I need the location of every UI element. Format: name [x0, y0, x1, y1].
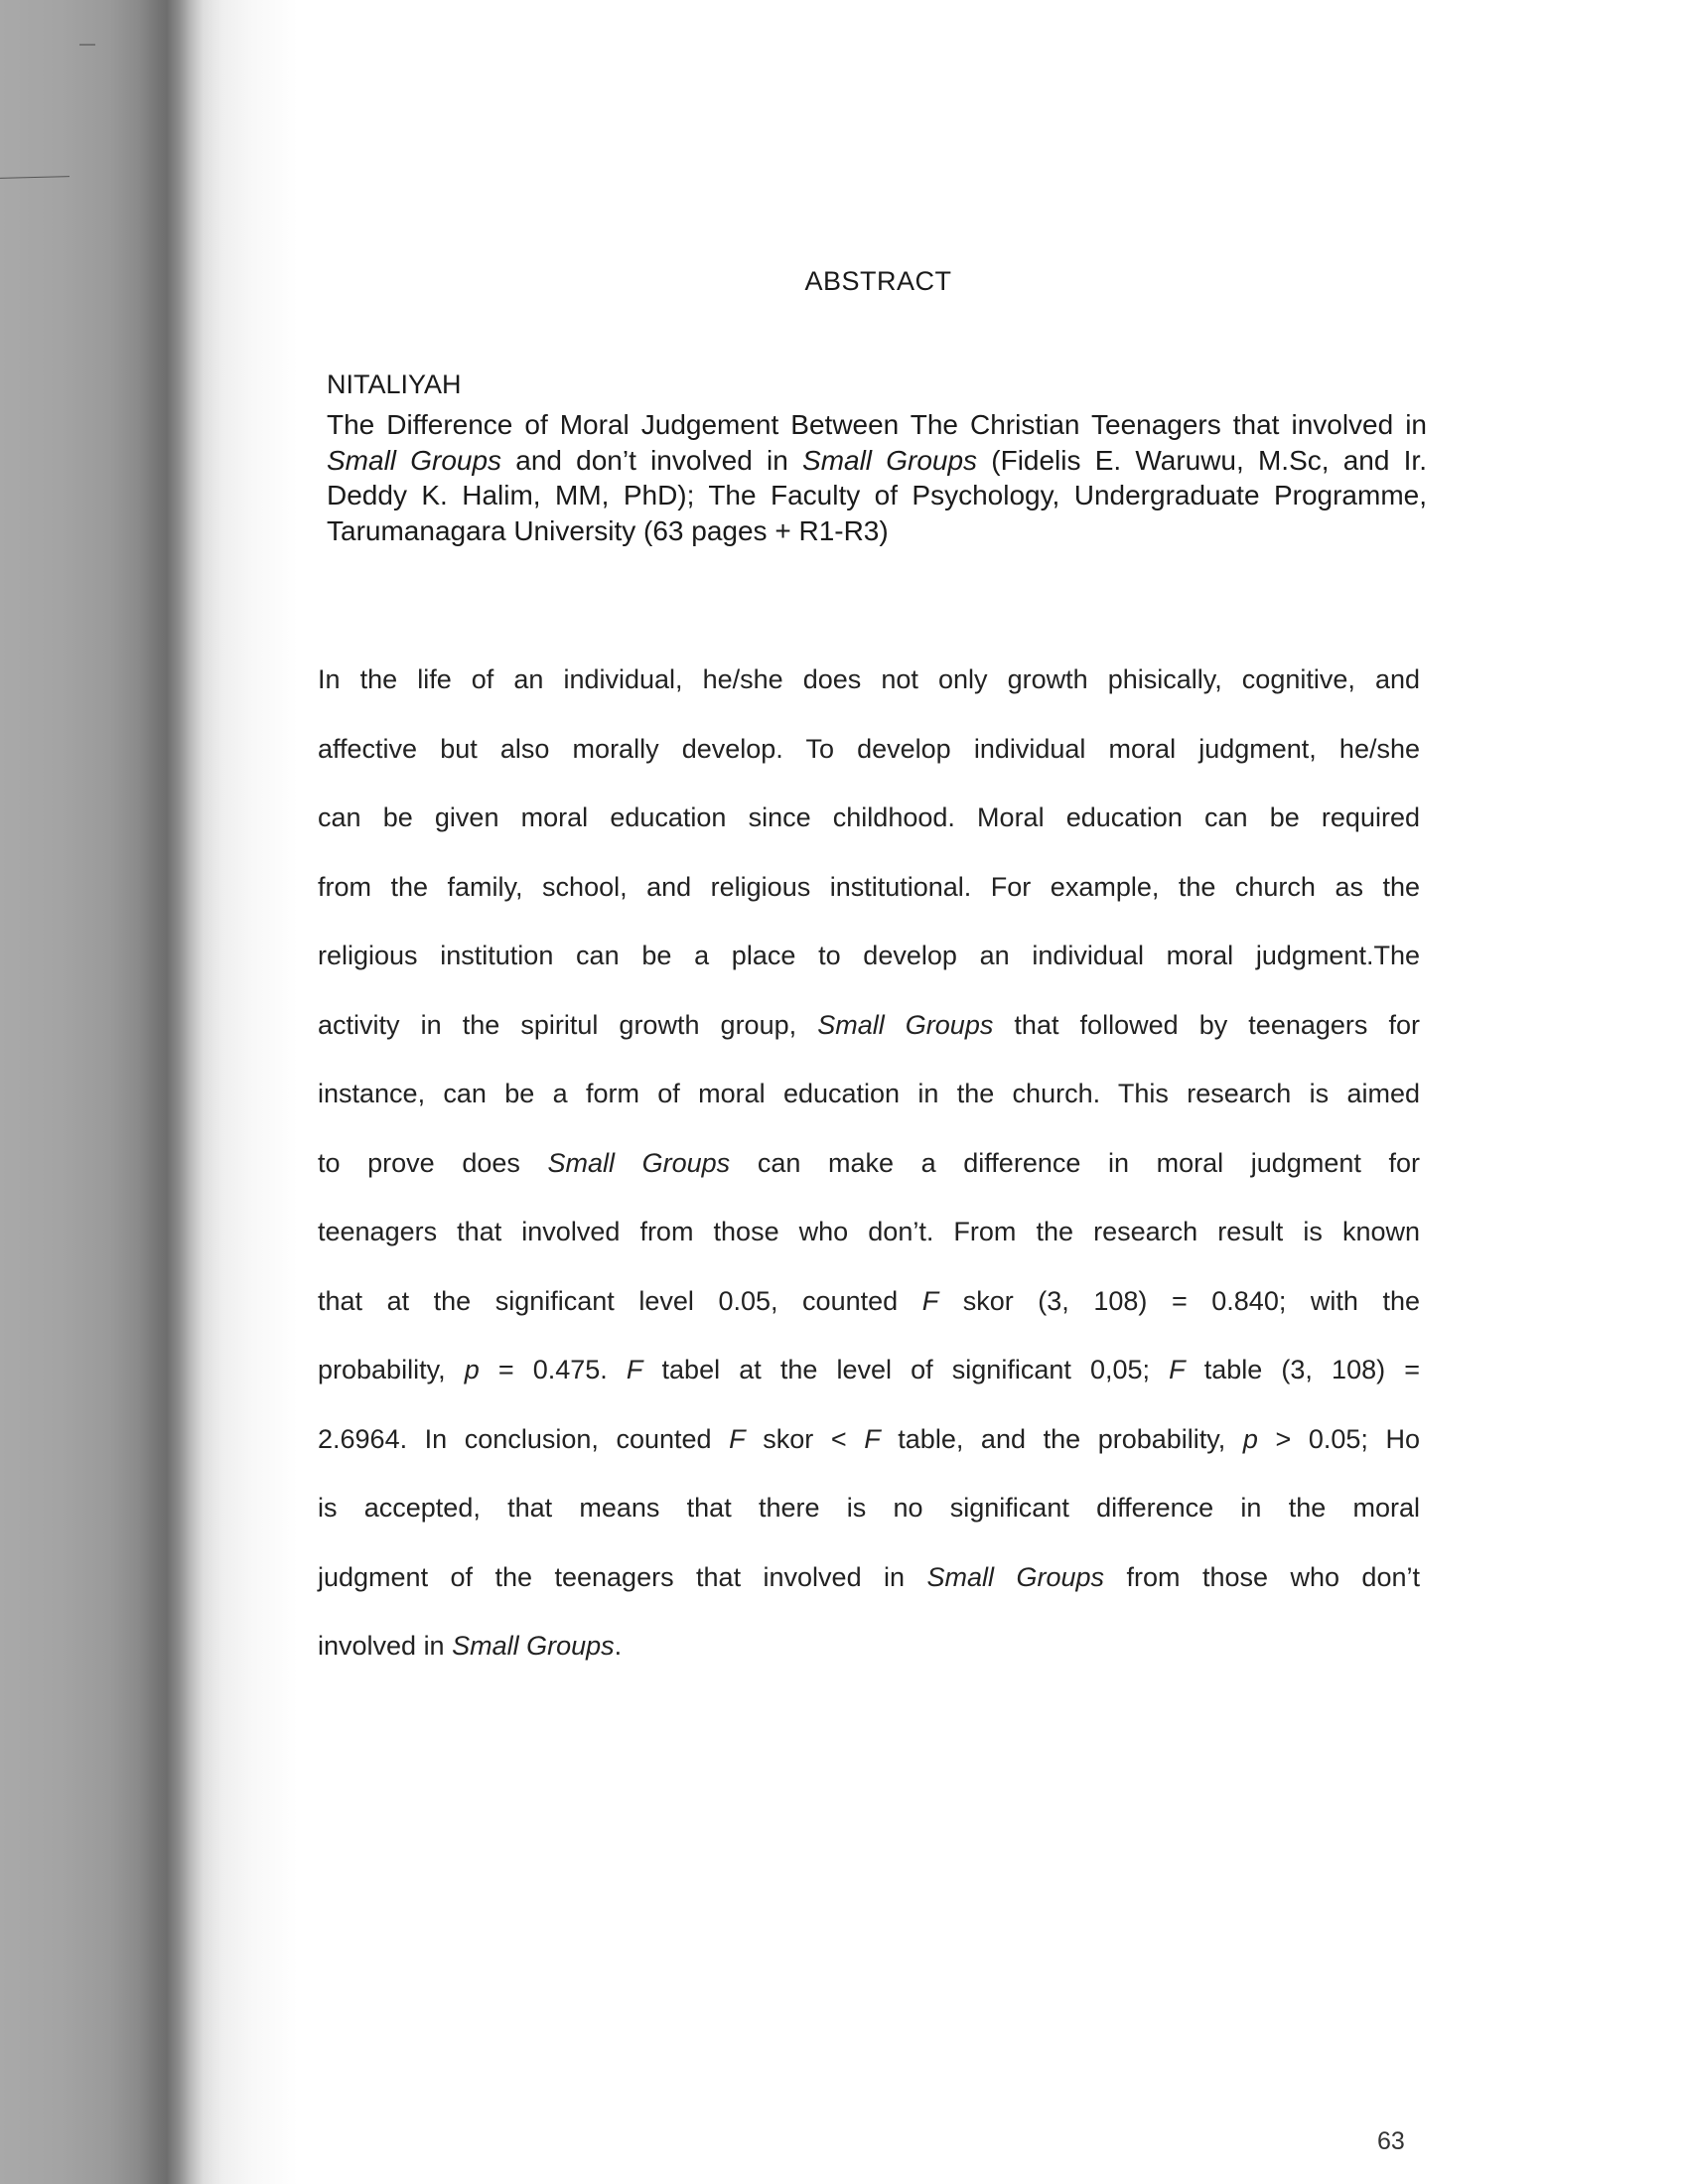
body-text-segment: 2.6964. In conclusion, counted: [318, 1424, 729, 1454]
italic-term: Small Groups: [817, 1010, 993, 1040]
body-line: probability, p = 0.475. F tabel at the l…: [318, 1336, 1420, 1405]
body-text-segment: that followed by teenagers for: [993, 1010, 1420, 1040]
body-text-segment: affective but also morally develop. To d…: [318, 734, 1420, 764]
italic-term: F: [864, 1424, 881, 1454]
body-line: activity in the spiritul growth group, S…: [318, 991, 1420, 1061]
body-line: involved in Small Groups.: [318, 1612, 1420, 1681]
italic-term: p: [465, 1355, 480, 1384]
italic-term: p: [1243, 1424, 1258, 1454]
italic-term: F: [1169, 1355, 1186, 1384]
body-text-segment: instance, can be a form of moral educati…: [318, 1079, 1420, 1108]
body-text-segment: skor <: [746, 1424, 865, 1454]
body-line: is accepted, that means that there is no…: [318, 1474, 1420, 1543]
citation-italic-term: Small Groups: [327, 445, 501, 476]
body-text-segment: > 0.05; Ho: [1258, 1424, 1420, 1454]
body-text-segment: is accepted, that means that there is no…: [318, 1493, 1420, 1523]
citation-text: and don’t involved in: [501, 445, 802, 476]
thesis-citation: The Difference of Moral Judgement Betwee…: [327, 407, 1427, 548]
abstract-heading: ABSTRACT: [0, 266, 1687, 297]
abstract-page: ABSTRACT NITALIYAH The Difference of Mor…: [0, 0, 1687, 2184]
body-line: can be given moral education since child…: [318, 784, 1420, 853]
body-text-segment: religious institution can be a place to …: [318, 941, 1420, 970]
body-text-segment: that at the significant level 0.05, coun…: [318, 1286, 922, 1316]
body-line: religious institution can be a place to …: [318, 922, 1420, 991]
body-text-segment: involved in: [318, 1631, 452, 1661]
body-text-segment: activity in the spiritul growth group,: [318, 1010, 817, 1040]
body-line: that at the significant level 0.05, coun…: [318, 1267, 1420, 1337]
italic-term: F: [729, 1424, 746, 1454]
body-line: 2.6964. In conclusion, counted F skor < …: [318, 1405, 1420, 1475]
body-text-segment: judgment of the teenagers that involved …: [318, 1562, 927, 1592]
body-text-segment: skor (3, 108) = 0.840; with the: [938, 1286, 1420, 1316]
body-text-segment: probability,: [318, 1355, 465, 1384]
body-line: to prove does Small Groups can make a di…: [318, 1129, 1420, 1199]
body-line: from the family, school, and religious i…: [318, 853, 1420, 923]
italic-term: Small Groups: [927, 1562, 1105, 1592]
body-text-segment: teenagers that involved from those who d…: [318, 1217, 1420, 1246]
citation-italic-term: Small Groups: [802, 445, 977, 476]
italic-term: Small Groups: [548, 1148, 731, 1178]
body-text-segment: can make a difference in moral judgment …: [730, 1148, 1420, 1178]
author-name: NITALIYAH: [327, 369, 462, 400]
body-text-segment: = 0.475.: [480, 1355, 627, 1384]
body-line: affective but also morally develop. To d…: [318, 715, 1420, 785]
body-line: In the life of an individual, he/she doe…: [318, 646, 1420, 715]
italic-term: F: [627, 1355, 643, 1384]
body-line: teenagers that involved from those who d…: [318, 1198, 1420, 1267]
italic-term: Small Groups: [452, 1631, 615, 1661]
body-text-segment: table (3, 108) =: [1186, 1355, 1420, 1384]
body-text-segment: from those who don’t: [1104, 1562, 1420, 1592]
body-line: instance, can be a form of moral educati…: [318, 1060, 1420, 1129]
body-text-segment: table, and the probability,: [881, 1424, 1243, 1454]
italic-term: F: [922, 1286, 939, 1316]
body-text-segment: from the family, school, and religious i…: [318, 872, 1420, 902]
abstract-body: In the life of an individual, he/she doe…: [318, 646, 1420, 1681]
citation-text: The Difference of Moral Judgement Betwee…: [327, 409, 1427, 440]
body-text-segment: In the life of an individual, he/she doe…: [318, 664, 1420, 694]
body-text-segment: .: [615, 1631, 623, 1661]
body-text-segment: tabel at the level of significant 0,05;: [642, 1355, 1169, 1384]
page-number: 63: [1377, 2127, 1405, 2156]
body-text-segment: to prove does: [318, 1148, 548, 1178]
body-line: judgment of the teenagers that involved …: [318, 1543, 1420, 1613]
body-text-segment: can be given moral education since child…: [318, 802, 1420, 832]
